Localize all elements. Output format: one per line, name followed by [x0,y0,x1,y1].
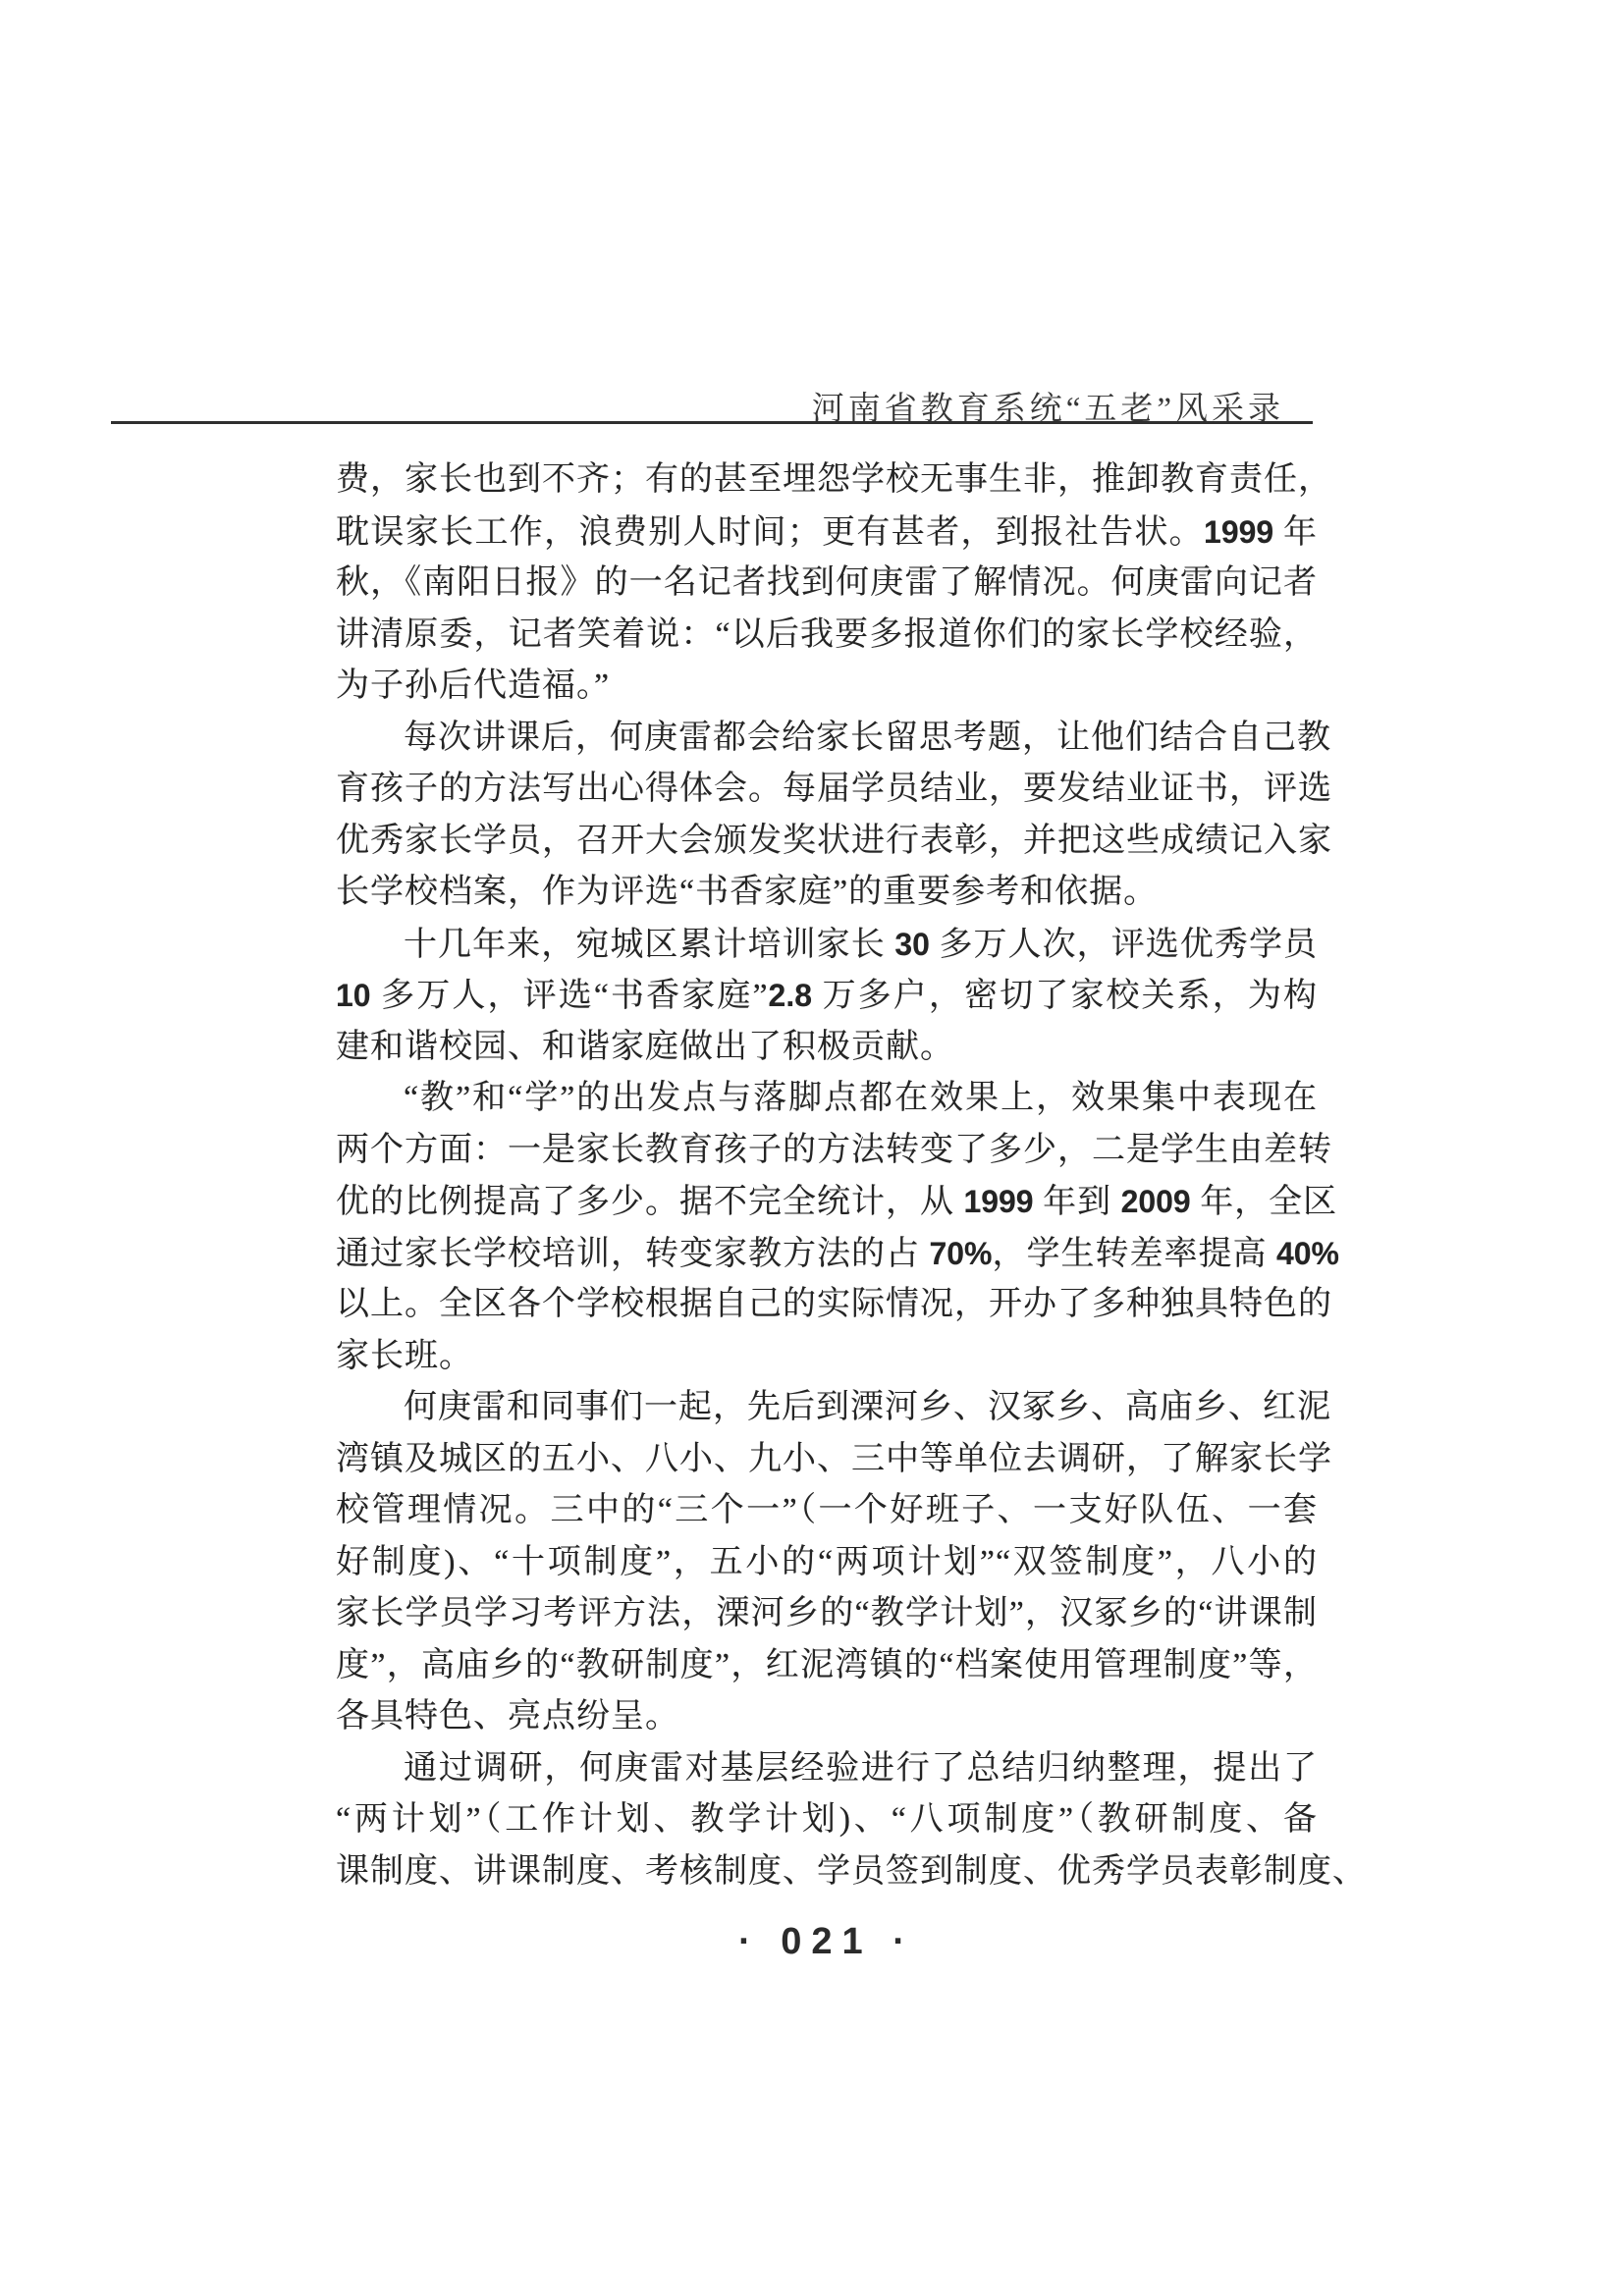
text-line: 秋，《南阳日报》的一名记者找到何庚雷了解情况。何庚雷向记者 [336,558,1318,610]
text-line: 校管理情况。三中的“三个一”（一个好班子、一支好队伍、一套 [336,1485,1318,1537]
text-line: 长学校档案，作为评选“书香家庭”的重要参考和依据。 [336,867,1318,919]
text-line: 度”，高庙乡的“教研制度”，红泥湾镇的“档案使用管理制度”等， [336,1640,1318,1692]
document-page: 河南省教育系统“五老”风采录 费，家长也到不齐；有的甚至埋怨学校无事生非，推卸教… [0,0,1623,2296]
text-line: 育孩子的方法写出心得体会。每届学员结业，要发结业证书，评选 [336,764,1318,816]
text-line: 以上。全区各个学校根据自己的实际情况，开办了多种独具特色的 [336,1279,1318,1331]
text-line: 为子孙后代造福。” [336,661,1318,713]
header-rule [111,421,1313,424]
text-line: 优的比例提高了多少。据不完全统计，从 1999 年到 2009 年，全区 [336,1176,1318,1228]
text-line: 每次讲课后，何庚雷都会给家长留思考题，让他们结合自己教 [336,713,1318,765]
text-line: 耽误家长工作，浪费别人时间；更有甚者，到报社告状。1999 年 [336,507,1318,559]
text-line: 费，家长也到不齐；有的甚至埋怨学校无事生非，推卸教育责任， [336,454,1318,507]
text-line: 优秀家长学员，召开大会颁发奖状进行表彰，并把这些成绩记入家 [336,816,1318,868]
text-line: 湾镇及城区的五小、八小、九小、三中等单位去调研，了解家长学 [336,1434,1318,1486]
text-line: “两计划”（工作计划、教学计划)、“八项制度”（教研制度、备 [336,1794,1318,1846]
text-line: 家长班。 [336,1331,1318,1383]
paragraph: 十几年来，宛城区累计培训家长 30 多万人次，评选优秀学员10 多万人，评选“书… [336,919,1318,1074]
page-number: · 021 · [336,1921,1318,1963]
paragraph: 每次讲课后，何庚雷都会给家长留思考题，让他们结合自己教育孩子的方法写出心得体会。… [336,713,1318,919]
text-line: 建和谐校园、和谐家庭做出了积极贡献。 [336,1022,1318,1074]
text-line: 何庚雷和同事们一起，先后到溧河乡、汉冢乡、高庙乡、红泥 [336,1382,1318,1434]
text-line: 各具特色、亮点纷呈。 [336,1691,1318,1743]
paragraph: 费，家长也到不齐；有的甚至埋怨学校无事生非，推卸教育责任，耽误家长工作，浪费别人… [336,454,1318,713]
text-line: 好制度)、“十项制度”，五小的“两项计划”“双签制度”，八小的 [336,1537,1318,1589]
paragraph: “教”和“学”的出发点与落脚点都在效果上，效果集中表现在两个方面：一是家长教育孩… [336,1073,1318,1382]
paragraph: 通过调研，何庚雷对基层经验进行了总结归纳整理，提出了“两计划”（工作计划、教学计… [336,1743,1318,1898]
text-line: 通过家长学校培训，转变家教方法的占 70%，学生转差率提高 40% [336,1228,1318,1280]
text-line: 家长学员学习考评方法，溧河乡的“教学计划”，汉冢乡的“讲课制 [336,1588,1318,1640]
text-line: “教”和“学”的出发点与落脚点都在效果上，效果集中表现在 [336,1073,1318,1125]
text-line: 10 多万人，评选“书香家庭”2.8 万多户，密切了家校关系，为构 [336,970,1318,1022]
text-line: 通过调研，何庚雷对基层经验进行了总结归纳整理，提出了 [336,1743,1318,1795]
text-line: 课制度、讲课制度、考核制度、学员签到制度、优秀学员表彰制度、 [336,1846,1318,1898]
text-line: 两个方面：一是家长教育孩子的方法转变了多少，二是学生由差转 [336,1125,1318,1177]
text-line: 十几年来，宛城区累计培训家长 30 多万人次，评选优秀学员 [336,919,1318,971]
paragraph: 何庚雷和同事们一起，先后到溧河乡、汉冢乡、高庙乡、红泥湾镇及城区的五小、八小、九… [336,1382,1318,1743]
body-text: 费，家长也到不齐；有的甚至埋怨学校无事生非，推卸教育责任，耽误家长工作，浪费别人… [336,454,1318,1897]
text-line: 讲清原委，记者笑着说：“以后我要多报道你们的家长学校经验， [336,610,1318,662]
